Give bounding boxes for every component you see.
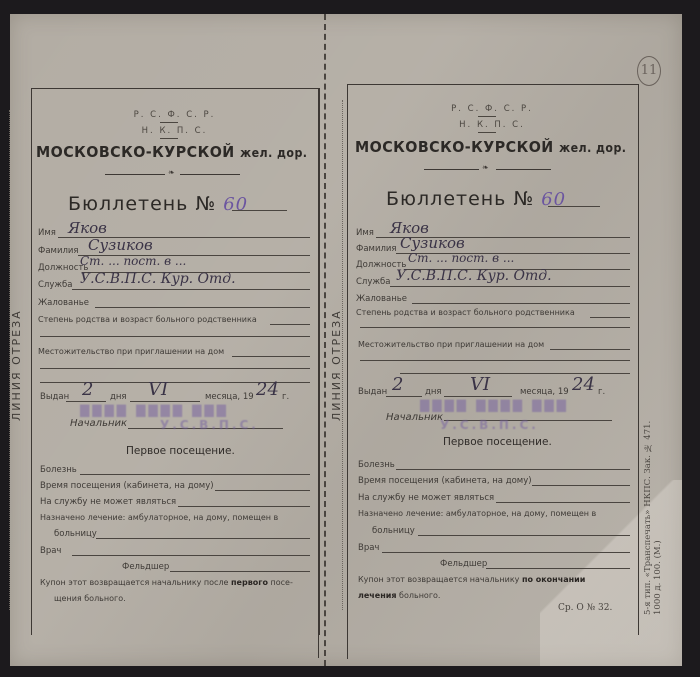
surname-label: Фамилия <box>356 244 397 254</box>
archive-mark: 11 <box>637 56 661 86</box>
cut-line-label-mid: ЛИНИЯ ОТРЕЗА <box>330 130 343 600</box>
bulletin-number: 60 <box>223 194 248 215</box>
issued-year: 24 <box>572 374 595 395</box>
month-label: месяца, 19 <box>520 387 569 397</box>
coupon-left <box>31 88 320 635</box>
railway-title: МОСКОВСКО-КУРСКОЙ жел. дор. <box>36 143 307 161</box>
railway-title: МОСКОВСКО-КУРСКОЙ жел. дор. <box>355 138 626 156</box>
chief-label: Начальник <box>70 418 127 429</box>
coupon-footer-note: Купон этот возвращается начальнику после… <box>40 578 293 587</box>
month-label: месяца, 19 <box>205 392 254 402</box>
form-serial: Ср. О № 32. <box>558 603 612 613</box>
ministry-label: Н. К. П. С. <box>347 120 637 130</box>
name-label: Имя <box>356 228 374 238</box>
cannot-work-label: На службу не может являться <box>358 493 494 503</box>
doctor-label: Врач <box>40 546 61 556</box>
issued-month: VI <box>148 379 168 400</box>
republic-label: Р. С. Ф. С. Р. <box>31 110 318 120</box>
coupon-footer-note: Купон этот возвращается начальнику по ок… <box>358 575 585 584</box>
day-label: дня <box>110 392 127 402</box>
bulletin-title: Бюллетень № 60 <box>68 193 248 215</box>
service-label: Служба <box>356 277 391 287</box>
issued-day: 2 <box>392 374 403 395</box>
first-visit-title: Первое посещение. <box>126 445 235 457</box>
service-value: У.С.В.П.С. Кур. Отд. <box>396 268 552 284</box>
ornament-icon: ❧ <box>168 168 175 177</box>
name-label: Имя <box>38 228 56 238</box>
residence-label: Местожительство при приглашении на дом <box>358 340 544 349</box>
position-value: Ст. ... пост. в ... <box>408 251 514 265</box>
treatment-label: Назначено лечение: амбулаторное, на дому… <box>40 513 278 522</box>
doctor-label: Врач <box>358 543 379 553</box>
name-value: Яков <box>68 219 107 237</box>
visit-time-label: Время посещения (кабинета, на дому) <box>358 476 532 486</box>
paramedic-label: Фельдшер <box>440 559 487 569</box>
relation-label: Степень родства и возраст больного родст… <box>356 308 575 317</box>
treatment-label: Назначено лечение: амбулаторное, на дому… <box>358 509 596 518</box>
issued-month: VI <box>470 374 490 395</box>
issued-label: Выдан <box>40 392 69 402</box>
visit-time-label: Время посещения (кабинета, на дому) <box>40 481 214 491</box>
salary-label: Жалованье <box>38 298 89 308</box>
printer-imprint: 5-я тип. «Транспечать» НКПС. Зак. № 471.… <box>643 400 663 615</box>
issued-day: 2 <box>82 379 93 400</box>
day-label: дня <box>425 387 442 397</box>
ornament-icon: ❧ <box>482 163 489 172</box>
residence-label: Местожительство при приглашении на дом <box>38 347 224 356</box>
position-value: Ст. ... пост. в ... <box>80 254 186 268</box>
chief-label: Начальник <box>386 412 443 423</box>
surname-value: Сузиков <box>400 234 465 252</box>
issued-label: Выдан <box>358 387 387 397</box>
official-stamp: ▇▇▇▇ ▇▇▇▇ ▇▇▇ <box>80 403 229 417</box>
disease-label: Болезнь <box>358 460 395 470</box>
surname-value: Сузиков <box>88 236 153 254</box>
issued-year: 24 <box>256 379 279 400</box>
cut-line-label-left: ЛИНИЯ ОТРЕЗА <box>10 130 23 600</box>
ministry-label: Н. К. П. С. <box>31 126 318 136</box>
bulletin-title: Бюллетень № 60 <box>386 188 566 210</box>
hospital-label: больницу <box>54 529 97 539</box>
service-value: У.С.В.П.С. Кур. Отд. <box>80 271 236 287</box>
disease-label: Болезнь <box>40 465 77 475</box>
official-stamp: ▇▇▇▇ ▇▇▇▇ ▇▇▇ <box>420 398 569 412</box>
republic-label: Р. С. Ф. С. Р. <box>347 104 637 114</box>
cannot-work-label: На службу не может являться <box>40 497 176 507</box>
salary-label: Жалованье <box>356 294 407 304</box>
first-visit-title: Первое посещение. <box>443 436 552 448</box>
surname-label: Фамилия <box>38 246 79 256</box>
paramedic-label: Фельдшер <box>122 562 169 572</box>
service-label: Служба <box>38 280 73 290</box>
relation-label: Степень родства и возраст больного родст… <box>38 315 257 324</box>
perforation-line <box>324 14 326 666</box>
hospital-label: больницу <box>372 526 415 536</box>
